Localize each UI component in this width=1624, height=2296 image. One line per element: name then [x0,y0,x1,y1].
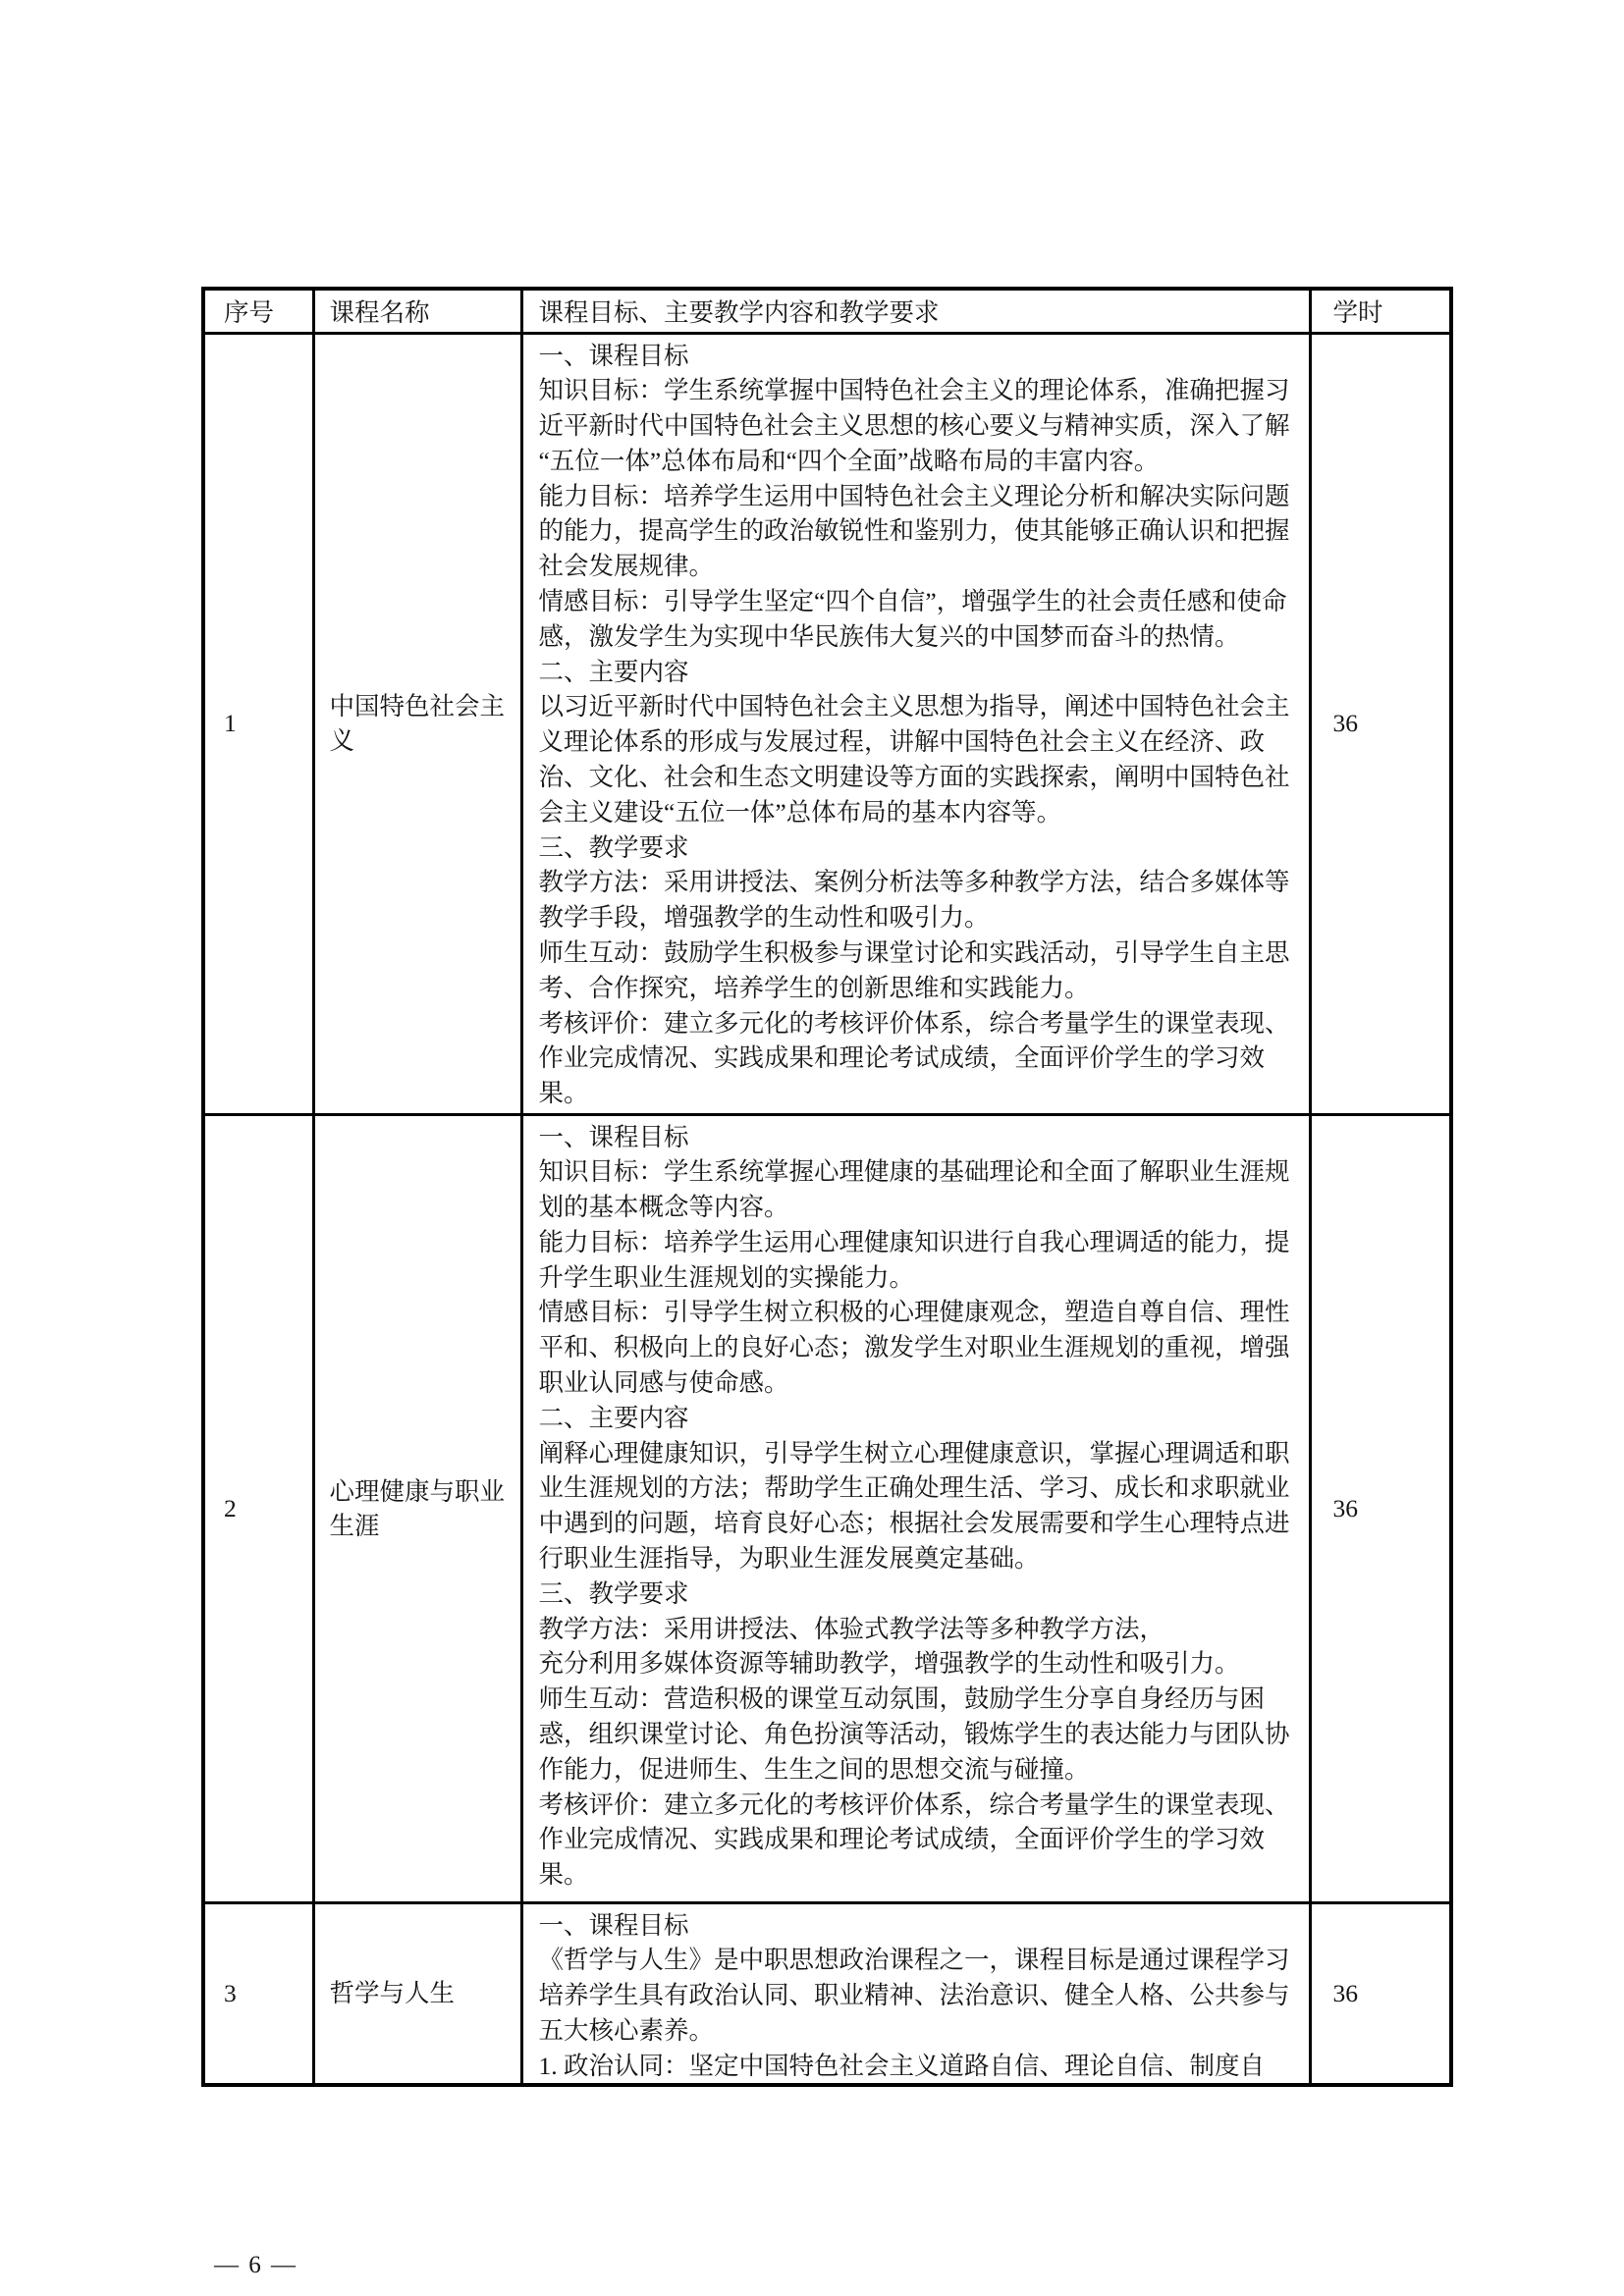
document-page: 序号 课程名称 课程目标、主要教学内容和教学要求 学时 1 中国特色社会主义 一… [0,0,1624,2296]
course-hours: 36 [1310,1114,1451,1902]
header-course-name: 课程名称 [313,289,521,333]
table-row: 2 心理健康与职业生涯 一、课程目标 知识目标：学生系统掌握心理健康的基础理论和… [203,1114,1451,1902]
page-number: — 6 — [214,2252,298,2279]
table-header-row: 序号 课程名称 课程目标、主要教学内容和教学要求 学时 [203,289,1451,333]
header-hours: 学时 [1310,289,1451,333]
row-number: 2 [203,1114,313,1902]
header-num: 序号 [203,289,313,333]
row-number: 3 [203,1902,313,2085]
course-name: 中国特色社会主义 [313,333,521,1114]
course-name: 哲学与人生 [313,1902,521,2085]
course-name: 心理健康与职业生涯 [313,1114,521,1902]
course-table: 序号 课程名称 课程目标、主要教学内容和教学要求 学时 1 中国特色社会主义 一… [201,287,1453,2087]
course-content: 一、课程目标 《哲学与人生》是中职思想政治课程之一，课程目标是通过课程学习 培养… [521,1902,1310,2085]
row-number: 1 [203,333,313,1114]
table-row: 1 中国特色社会主义 一、课程目标 知识目标：学生系统掌握中国特色社会主义的理论… [203,333,1451,1114]
course-hours: 36 [1310,1902,1451,2085]
course-content: 一、课程目标 知识目标：学生系统掌握中国特色社会主义的理论体系，准确把握习 近平… [521,333,1310,1114]
course-hours: 36 [1310,333,1451,1114]
header-course-content: 课程目标、主要教学内容和教学要求 [521,289,1310,333]
course-content: 一、课程目标 知识目标：学生系统掌握心理健康的基础理论和全面了解职业生涯规 划的… [521,1114,1310,1902]
table-row: 3 哲学与人生 一、课程目标 《哲学与人生》是中职思想政治课程之一，课程目标是通… [203,1902,1451,2085]
